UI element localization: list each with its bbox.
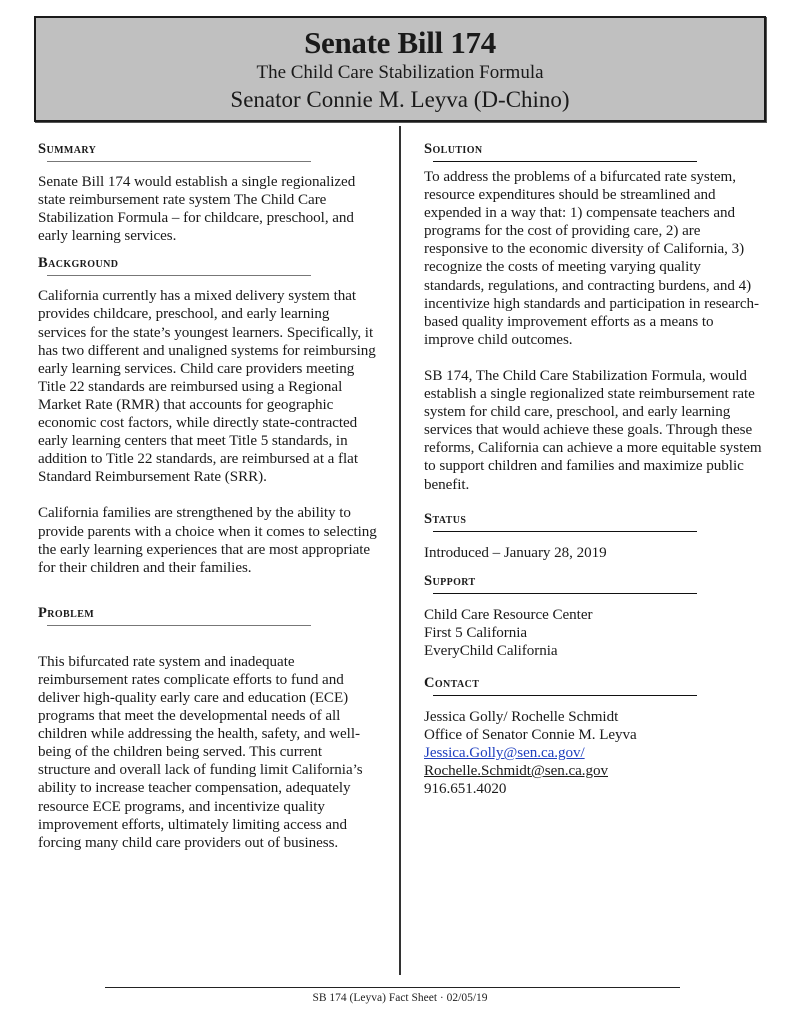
summary-heading: Summary — [38, 140, 378, 158]
background-paragraph: California currently has a mixed deliver… — [38, 287, 378, 486]
column-divider — [399, 126, 401, 975]
solution-heading: Solution — [424, 140, 764, 158]
left-column: Summary Senate Bill 174 would establish … — [38, 140, 378, 852]
status-text: Introduced – January 28, 2019 — [424, 544, 764, 562]
section-rule — [433, 593, 697, 594]
section-rule — [47, 161, 311, 162]
problem-section: Problem This bifurcated rate system and … — [38, 604, 378, 852]
footer-rule — [105, 987, 680, 988]
solution-paragraph: To address the problems of a bifurcated … — [424, 168, 764, 349]
section-rule — [47, 275, 311, 276]
email-schmidt[interactable]: Rochelle.Schmidt@sen.ca.gov — [424, 763, 608, 779]
page-title: Senate Bill 174 — [36, 26, 764, 60]
title-banner: Senate Bill 174 The Child Care Stabiliza… — [34, 16, 766, 122]
problem-heading: Problem — [38, 604, 378, 622]
section-rule — [47, 625, 311, 626]
support-heading: Support — [424, 572, 764, 590]
background-section: Background California currently has a mi… — [38, 254, 378, 576]
footer-text: SB 174 (Leyva) Fact Sheet · 02/05/19 — [0, 992, 800, 1004]
bill-sponsor: Senator Connie M. Leyva (D-Chino) — [36, 86, 764, 114]
bill-subtitle: The Child Care Stabilization Formula — [36, 61, 764, 85]
supporter-item: First 5 California — [424, 624, 764, 642]
problem-text: This bifurcated rate system and inadequa… — [38, 653, 378, 852]
status-section: Status Introduced – January 28, 2019 — [424, 510, 764, 562]
contact-names: Jessica Golly/ Rochelle Schmidt — [424, 708, 764, 726]
status-heading: Status — [424, 510, 764, 528]
contact-heading: Contact — [424, 674, 764, 692]
contact-section: Contact Jessica Golly/ Rochelle Schmidt … — [424, 674, 764, 798]
summary-section: Summary Senate Bill 174 would establish … — [38, 140, 378, 245]
support-section: Support Child Care Resource Center First… — [424, 572, 764, 660]
section-rule — [433, 531, 697, 532]
solution-paragraph: SB 174, The Child Care Stabilization For… — [424, 367, 764, 494]
background-paragraph: California families are strengthened by … — [38, 504, 378, 576]
supporter-item: Child Care Resource Center — [424, 606, 764, 624]
section-rule — [433, 695, 697, 696]
email-link-golly[interactable]: Jessica.Golly@sen.ca.gov/ — [424, 745, 585, 761]
supporter-item: EveryChild California — [424, 642, 764, 660]
background-heading: Background — [38, 254, 378, 272]
summary-text: Senate Bill 174 would establish a single… — [38, 173, 378, 245]
contact-phone: 916.651.4020 — [424, 780, 764, 798]
solution-section: Solution To address the problems of a bi… — [424, 140, 764, 494]
contact-office: Office of Senator Connie M. Leyva — [424, 726, 764, 744]
section-rule — [433, 161, 697, 162]
right-column: Solution To address the problems of a bi… — [424, 140, 764, 798]
